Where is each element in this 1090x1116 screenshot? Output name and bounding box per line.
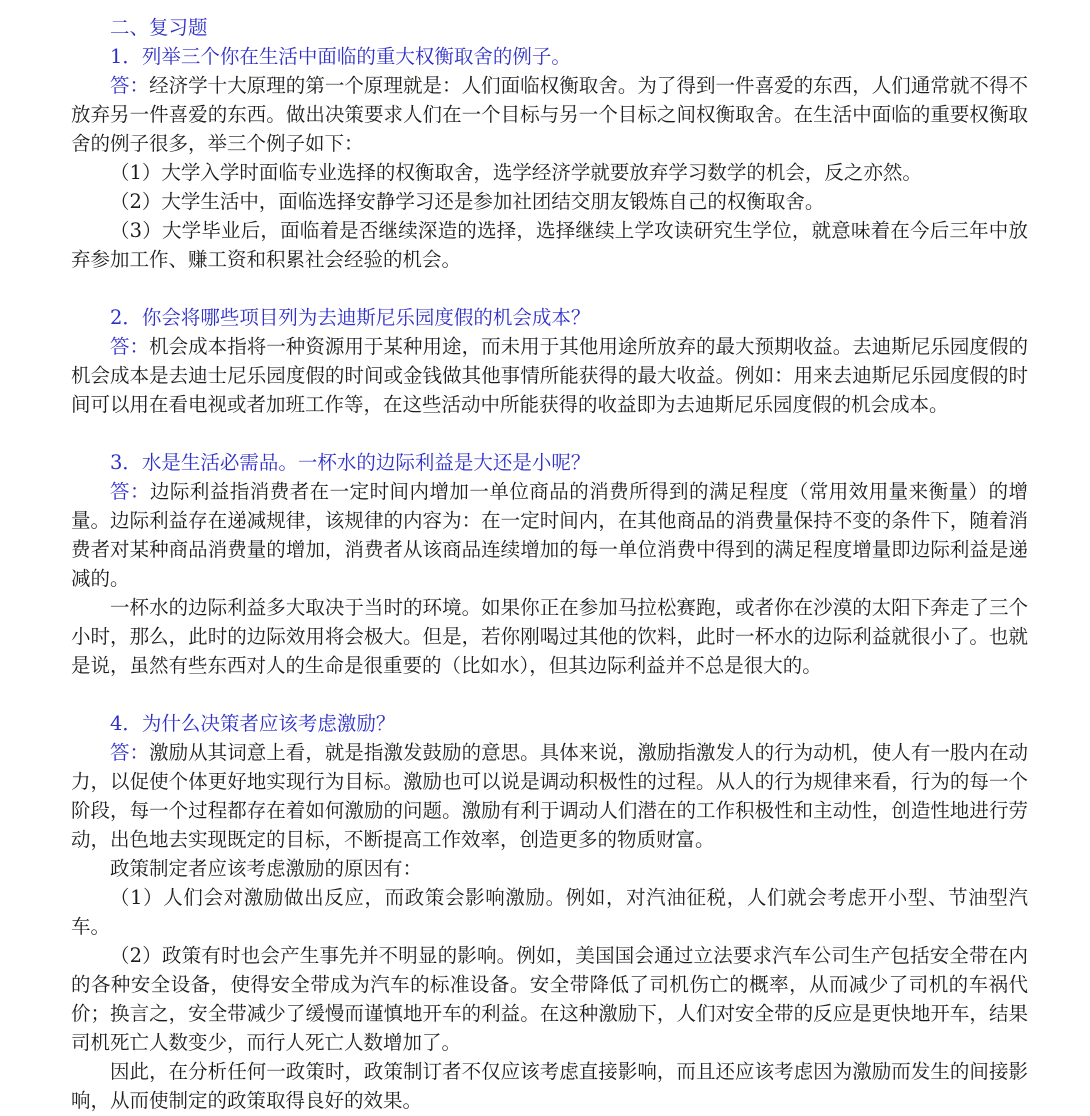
answer-1-item-2: （2）大学生活中，面临选择安静学习还是参加社团结交朋友锻炼自己的权衡取舍。 (71, 187, 1028, 216)
answer-4-item-2: （2）政策有时也会产生事先并不明显的影响。例如，美国国会通过立法要求汽车公司生产… (71, 941, 1028, 1057)
answer-1-item-1: （1）大学入学时面临专业选择的权衡取舍，选学经济学就要放弃学习数学的机会，反之亦… (71, 158, 1028, 187)
answer-4-conclusion: 因此，在分析任何一政策时，政策制订者不仅应该考虑直接影响，而且还应该考虑因为激励… (71, 1057, 1028, 1115)
answer-3-text: 边际利益指消费者在一定时间内增加一单位商品的消费所得到的满足程度（常用效用量来衡… (71, 480, 1028, 590)
answer-2-label: 答： (110, 335, 149, 358)
answer-4-paragraph: 答：激励从其词意上看，就是指激发鼓励的意思。具体来说，激励指激发人的行为动机，使… (71, 738, 1028, 854)
section-title: 二、复习题 (71, 13, 1028, 42)
question-1-title: 1．列举三个你在生活中面临的重大权衡取舍的例子。 (71, 42, 1028, 71)
answer-3-paragraph: 答：边际利益指消费者在一定时间内增加一单位商品的消费所得到的满足程度（常用效用量… (71, 477, 1028, 593)
answer-4-label: 答： (110, 741, 149, 764)
answer-1-text: 经济学十大原理的第一个原理就是：人们面临权衡取舍。为了得到一件喜爱的东西，人们通… (71, 74, 1028, 155)
document-page: 二、复习题 1．列举三个你在生活中面临的重大权衡取舍的例子。 答：经济学十大原理… (0, 0, 1090, 1116)
question-2-title: 2．你会将哪些项目列为去迪斯尼乐园度假的机会成本？ (71, 303, 1028, 332)
answer-3-paragraph-2: 一杯水的边际利益多大取决于当时的环境。如果你正在参加马拉松赛跑，或者你在沙漠的太… (71, 593, 1028, 680)
answer-1-item-3: （3）大学毕业后，面临着是否继续深造的选择，选择继续上学攻读研究生学位，就意味着… (71, 216, 1028, 274)
question-3-title: 3．水是生活必需品。一杯水的边际利益是大还是小呢？ (71, 448, 1028, 477)
answer-4-reasons-intro: 政策制定者应该考虑激励的原因有： (71, 854, 1028, 883)
answer-3-label: 答： (110, 480, 150, 503)
answer-1-paragraph: 答：经济学十大原理的第一个原理就是：人们面临权衡取舍。为了得到一件喜爱的东西，人… (71, 71, 1028, 158)
answer-2-text: 机会成本指将一种资源用于某种用途，而未用于其他用途所放弃的最大预期收益。去迪斯尼… (71, 335, 1028, 416)
answer-4-text: 激励从其词意上看，就是指激发鼓励的意思。具体来说，激励指激发人的行为动机，使人有… (71, 741, 1028, 851)
question-4-title: 4．为什么决策者应该考虑激励？ (71, 709, 1028, 738)
answer-1-label: 答： (110, 74, 149, 97)
answer-4-item-1: （1）人们会对激励做出反应，而政策会影响激励。例如，对汽油征税，人们就会考虑开小… (71, 883, 1028, 941)
answer-2-paragraph: 答：机会成本指将一种资源用于某种用途，而未用于其他用途所放弃的最大预期收益。去迪… (71, 332, 1028, 419)
